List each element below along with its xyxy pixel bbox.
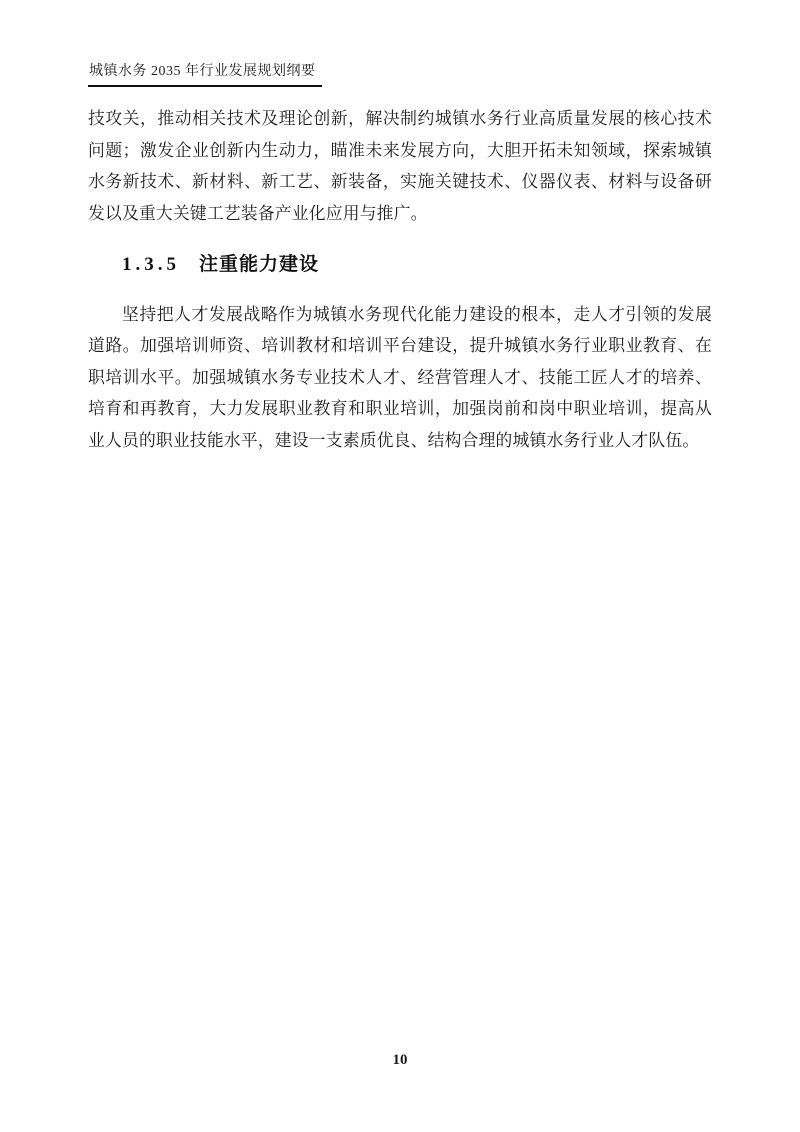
document-page: 城镇水务 2035 年行业发展规划纲要 技攻关，推动相关技术及理论创新，解决制约… (0, 0, 800, 1132)
section-heading-number: 1.3.5 (122, 254, 180, 275)
running-header-title: 城镇水务 2035 年行业发展规划纲要 (88, 62, 322, 87)
document-body: 技攻关，推动相关技术及理论创新，解决制约城镇水务行业高质量发展的核心技术问题；激… (88, 103, 712, 456)
section-heading-title: 注重能力建设 (199, 254, 319, 275)
body-paragraph-continued: 技攻关，推动相关技术及理论创新，解决制约城镇水务行业高质量发展的核心技术问题；激… (88, 103, 712, 229)
section-heading: 1.3.5 注重能力建设 (88, 249, 712, 281)
page-header: 城镇水务 2035 年行业发展规划纲要 (88, 62, 712, 87)
body-paragraph: 坚持把人才发展战略作为城镇水务现代化能力建设的根本，走人才引领的发展道路。加强培… (88, 299, 712, 457)
page-number: 10 (393, 1052, 408, 1068)
page-footer: 10 (0, 1052, 800, 1069)
